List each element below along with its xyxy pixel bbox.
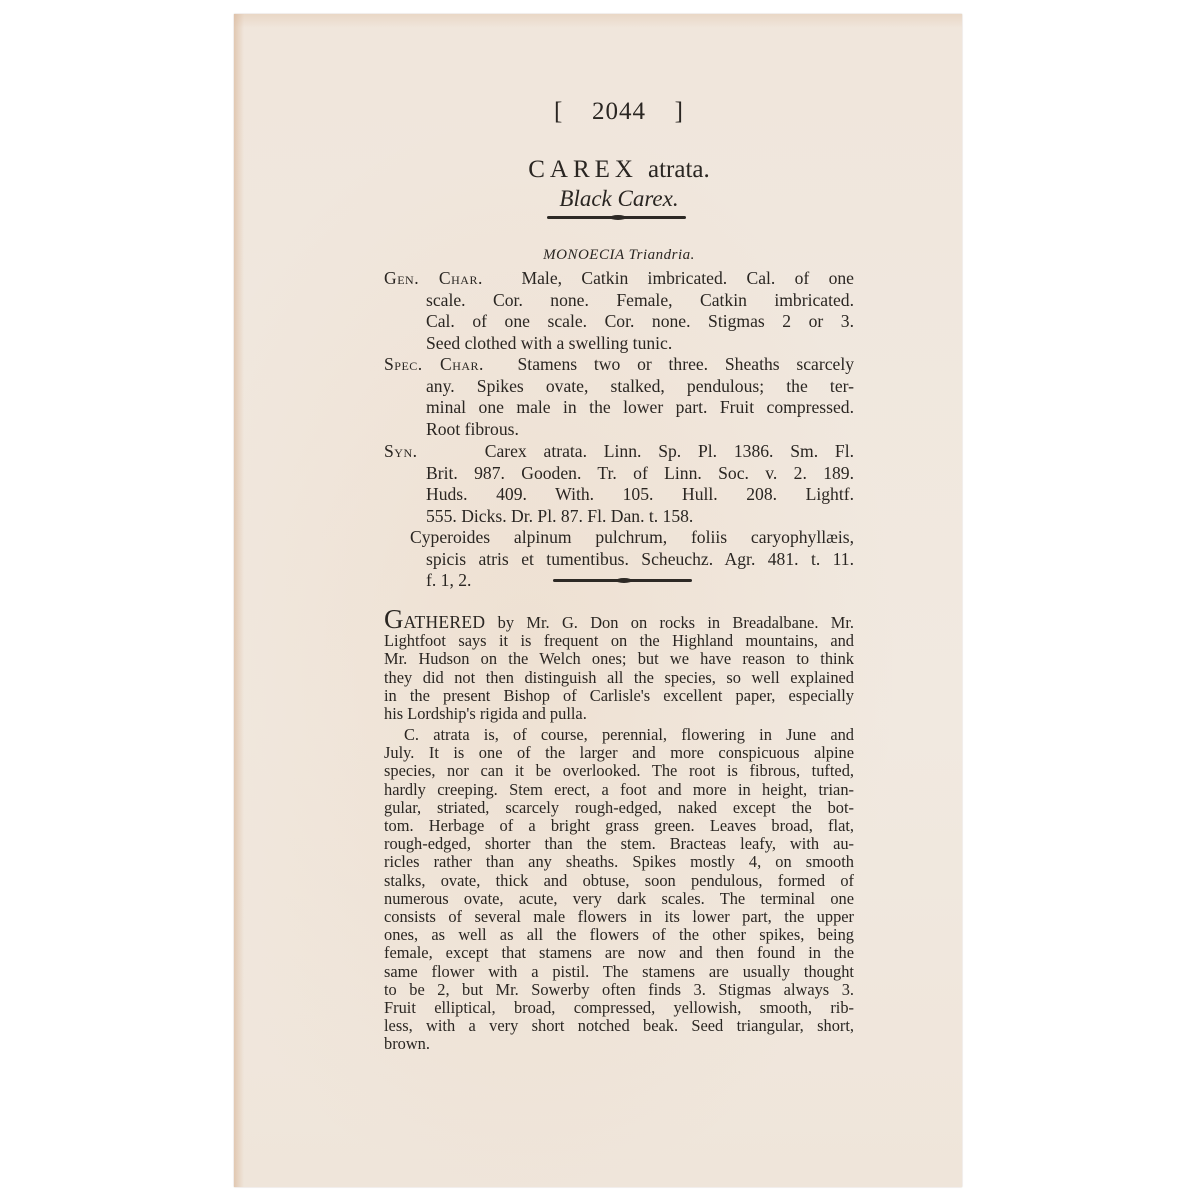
para2-line-10: numerous ovate, acute, very dark scales.… bbox=[384, 890, 854, 908]
drop-cap: G bbox=[384, 604, 404, 634]
specific-character: Spec. Char. Stamens two or three. Sheath… bbox=[384, 354, 854, 440]
para2-line-5: gular, striated, scarcely rough-edged, n… bbox=[384, 799, 854, 817]
syn-line-3: Huds. 409. With. 105. Hull. 208. Lightf. bbox=[384, 484, 854, 506]
description-paragraph-2: C. atrata is, of course, perennial, flow… bbox=[384, 726, 854, 1054]
para2-line-4: hardly creeping. Stem erect, a foot and … bbox=[384, 781, 854, 799]
para1-line-1: GATHERED by Mr. G. Don on rocks in Bread… bbox=[384, 610, 854, 632]
generic-character: Gen. Char. Male, Catkin imbricated. Cal.… bbox=[384, 268, 854, 354]
syn-line-1: Syn. Carex atrata. Linn. Sp. Pl. 1386. S… bbox=[384, 441, 854, 463]
para1-line-2: Lightfoot says it is frequent on the Hig… bbox=[384, 632, 854, 650]
synonyms: Syn. Carex atrata. Linn. Sp. Pl. 1386. S… bbox=[384, 441, 854, 592]
para2-line-7: rough-edged, shorter than the stem. Brac… bbox=[384, 835, 854, 853]
gen-char-label: Gen. Char. bbox=[384, 268, 483, 288]
syn2-line-2: spicis atris et tumentibus. Scheuchz. Ag… bbox=[384, 549, 854, 571]
gen-char-line-1: Gen. Char. Male, Catkin imbricated. Cal.… bbox=[384, 268, 854, 290]
species-title: CAREXatrata. bbox=[384, 156, 854, 184]
common-name: Black Carex. bbox=[384, 186, 854, 212]
bracket-left: [ bbox=[554, 98, 563, 126]
para2-line-13: female, except that stamens are now and … bbox=[384, 944, 854, 962]
gen-char-line-4: Seed clothed with a swelling tunic. bbox=[384, 333, 854, 355]
divider-rule-bottom bbox=[553, 579, 692, 582]
para1-line-5: in the present Bishop of Carlisle's exce… bbox=[384, 687, 854, 705]
bracket-right: ] bbox=[675, 98, 684, 126]
spec-char-line-3: minal one male in the lower part. Fruit … bbox=[384, 397, 854, 419]
para2-line-8: ricles rather than any sheaths. Spikes m… bbox=[384, 853, 854, 871]
para2-line-15: to be 2, but Mr. Sowerby often finds 3. … bbox=[384, 981, 854, 999]
gen-char-line-3: Cal. of one scale. Cor. none. Stigmas 2 … bbox=[384, 311, 854, 333]
para2-line-6: tom. Herbage of a bright grass green. Le… bbox=[384, 817, 854, 835]
book-page: [ 2044 ] CAREXatrata. Black Carex. MONOE… bbox=[234, 14, 962, 1187]
para2-line-18: brown. bbox=[384, 1035, 854, 1053]
para1-line-4: they did not then distinguish all the sp… bbox=[384, 669, 854, 687]
species-name: atrata. bbox=[648, 156, 710, 183]
linnaean-classification: MONOECIA Triandria. bbox=[384, 247, 854, 264]
description-paragraph-1: GATHERED by Mr. G. Don on rocks in Bread… bbox=[384, 610, 854, 723]
syn-line-2: Brit. 987. Gooden. Tr. of Linn. Soc. v. … bbox=[384, 463, 854, 485]
para2-line-2: July. It is one of the larger and more c… bbox=[384, 744, 854, 762]
syn-line-4: 555. Dicks. Dr. Pl. 87. Fl. Dan. t. 158. bbox=[384, 506, 854, 528]
para2-line-14: same flower with a pistil. The stamens a… bbox=[384, 963, 854, 981]
spec-char-line-2: any. Spikes ovate, stalked, pendulous; t… bbox=[384, 376, 854, 398]
para2-line-12: ones, as well as all the flowers of the … bbox=[384, 926, 854, 944]
para2-line-17: less, with a very short notched beak. Se… bbox=[384, 1017, 854, 1035]
para2-line-1: C. atrata is, of course, perennial, flow… bbox=[384, 726, 854, 744]
divider-rule-top bbox=[547, 216, 686, 219]
para2-line-9: stalks, ovate, thick and obtuse, soon pe… bbox=[384, 872, 854, 890]
para2-line-16: Fruit elliptical, broad, compressed, yel… bbox=[384, 999, 854, 1017]
para1-line-3: Mr. Hudson on the Welch ones; but we hav… bbox=[384, 650, 854, 668]
para1-line-6: his Lordship's rigida and pulla. bbox=[384, 705, 854, 723]
gen-char-line-2: scale. Cor. none. Female, Catkin imbrica… bbox=[384, 290, 854, 312]
syn-label: Syn. bbox=[384, 441, 418, 461]
spec-char-line-4: Root fibrous. bbox=[384, 419, 854, 441]
para2-line-11: consists of several male flowers in its … bbox=[384, 908, 854, 926]
page-number-value: 2044 bbox=[592, 98, 646, 126]
para2-line-3: species, nor can it be overlooked. The r… bbox=[384, 762, 854, 780]
genus-name: CAREX bbox=[528, 156, 638, 183]
page-number: [ 2044 ] bbox=[554, 98, 684, 126]
spec-char-line-1: Spec. Char. Stamens two or three. Sheath… bbox=[384, 354, 854, 376]
spec-char-label: Spec. Char. bbox=[384, 354, 484, 374]
syn2-line-1: Cyperoides alpinum pulchrum, foliis cary… bbox=[384, 527, 854, 549]
